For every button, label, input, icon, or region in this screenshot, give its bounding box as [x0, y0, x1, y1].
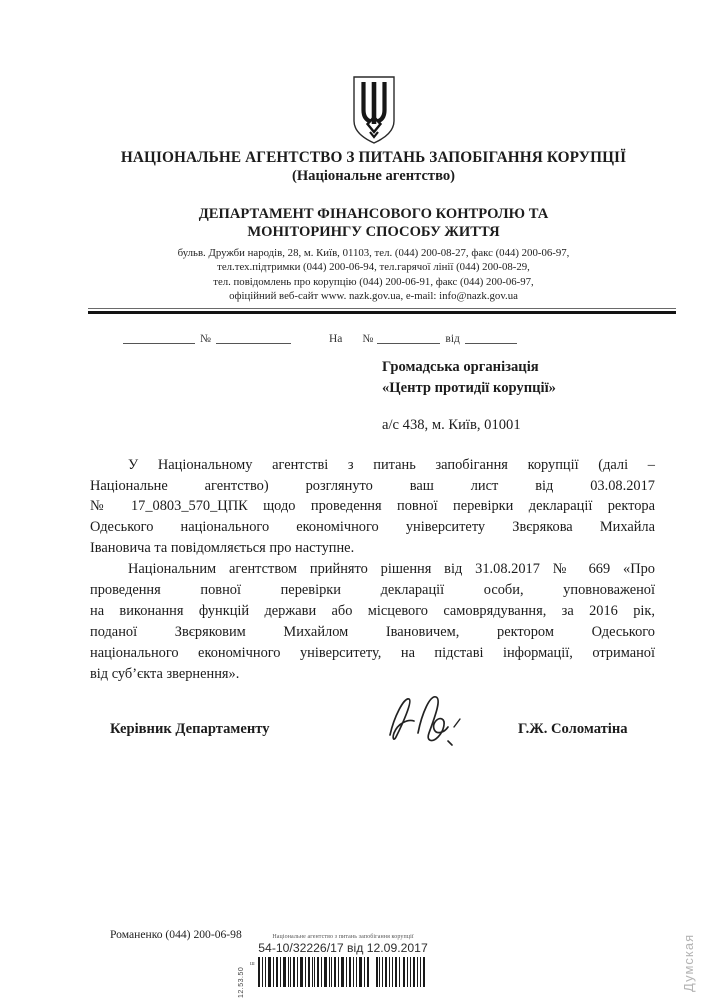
barcode-icon: [258, 957, 428, 987]
org-short-name: (Національне агентство): [90, 168, 657, 185]
recipient-name-line1: Громадська організація: [382, 357, 657, 379]
text-line: Національним агентством прийнято рішення…: [90, 559, 655, 580]
reference-line: № На № від: [123, 331, 657, 345]
text-line: У Національному агентстві з питань запоб…: [90, 455, 655, 476]
text-line: Одеського національного економічного уні…: [90, 517, 655, 538]
recipient-name-line2: «Центр протидії корупції»: [382, 378, 657, 400]
department-name: ДЕПАРТАМЕНТ ФІНАНСОВОГО КОНТРОЛЮ ТА МОНІ…: [90, 206, 657, 241]
coat-of-arms-icon: [351, 75, 397, 145]
stamp-org-line: Національне агентство з питань запобіган…: [247, 934, 439, 940]
recipient-address: а/с 438, м. Київ, 01001: [382, 417, 657, 434]
body-paragraph-2: Національним агентством прийнято рішення…: [90, 559, 655, 684]
text-line: на виконання функцій держави або місцево…: [90, 601, 655, 622]
signature-block: Керівник Департаменту Г.Ж. Соломатіна: [90, 713, 657, 775]
number-label: №: [362, 333, 373, 345]
reference-blank-incoming-date: [465, 340, 517, 344]
text-line: тел. повідомлень про корупцію (044) 200-…: [90, 275, 657, 289]
stamp-side-mark: ш: [250, 961, 255, 967]
text-line: Івановича та повідомляється про наступне…: [90, 538, 655, 559]
signature-autograph-icon: [382, 689, 472, 751]
reference-blank-outgoing-number: [216, 340, 291, 344]
executor-contact: Романенко (044) 200-06-98: [110, 928, 242, 941]
text-line: № 17_0803_570_ЦПК щодо проведення повної…: [90, 496, 655, 517]
na-label: На: [329, 333, 342, 345]
text-line: національного економічного університету,…: [90, 643, 655, 664]
contact-info: бульв. Дружби народів, 28, м. Київ, 0110…: [90, 246, 657, 304]
separator-rule: [88, 308, 676, 314]
text-line: поданої Звєряковим Михайлом Івановичем, …: [90, 622, 655, 643]
text-line: бульв. Дружби народів, 28, м. Київ, 0110…: [90, 246, 657, 260]
letter-content: НАЦІОНАЛЬНЕ АГЕНТСТВО З ПИТАНЬ ЗАПОБІГАН…: [90, 0, 657, 775]
recipient-block: Громадська організація «Центр протидії к…: [382, 357, 657, 434]
signature-name: Г.Ж. Соломатіна: [518, 721, 628, 738]
department-name-line2: МОНІТОРИНГУ СПОСОБУ ЖИТТЯ: [90, 224, 657, 242]
watermark: Думская: [681, 897, 696, 992]
text-line: Національне агентство) розглянуто ваш ли…: [90, 476, 655, 497]
registration-stamp: Національне агентство з питань запобіган…: [247, 934, 439, 987]
body-paragraph-1: У Національному агентстві з питань запоб…: [90, 455, 655, 560]
number-label: №: [200, 333, 211, 345]
text-line: офіційний веб-сайт www. nazk.gov.ua, e-m…: [90, 289, 657, 303]
text-line: тел.тех.підтримки (044) 200-06-94, тел.г…: [90, 260, 657, 274]
page: НАЦІОНАЛЬНЕ АГЕНТСТВО З ПИТАНЬ ЗАПОБІГАН…: [0, 0, 707, 999]
department-name-line1: ДЕПАРТАМЕНТ ФІНАНСОВОГО КОНТРОЛЮ ТА: [90, 206, 657, 224]
text-line: від суб’єкта звернення».: [90, 664, 655, 685]
vid-label: від: [445, 333, 459, 345]
stamp-time: 12.53.50: [238, 948, 245, 998]
text-line: проведення повної перевірки декларації о…: [90, 580, 655, 601]
reference-blank-incoming-number: [377, 340, 440, 344]
signature-position-title: Керівник Департаменту: [110, 721, 270, 738]
org-name: НАЦІОНАЛЬНЕ АГЕНТСТВО З ПИТАНЬ ЗАПОБІГАН…: [90, 149, 657, 167]
stamp-number-line: 54-10/32226/17 від 12.09.2017: [247, 941, 439, 955]
reference-blank-outgoing-date: [123, 340, 195, 344]
